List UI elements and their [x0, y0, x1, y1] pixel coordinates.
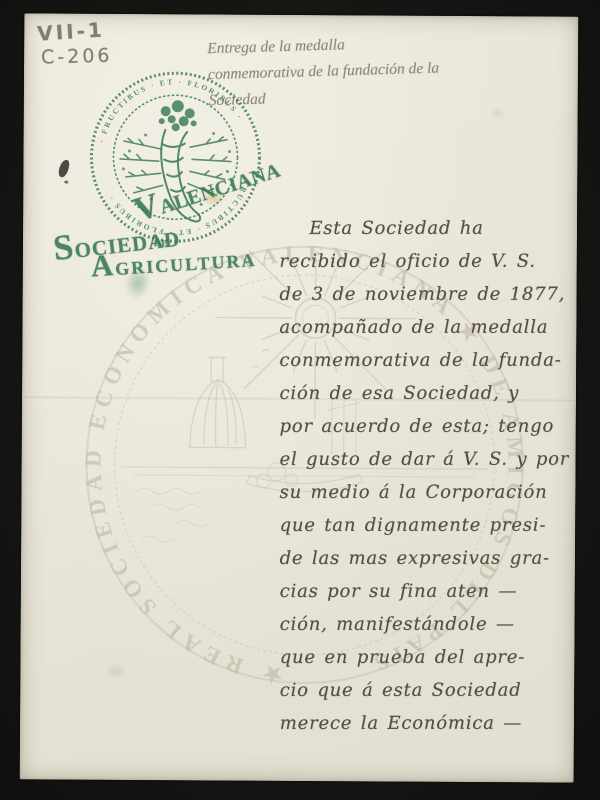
manuscript-text: Esta Sociedad ha recibido el oficio de V…	[279, 212, 575, 740]
manuscript-line: cio que á esta Sociedad	[280, 674, 576, 707]
manuscript-line: que en prueba del apre-	[280, 641, 576, 674]
stamp-ring-text-top: · FRUCTIBUS · ET · FLORIBUS ·	[97, 77, 245, 145]
archival-code-1: VII-1	[37, 17, 106, 45]
manuscript-line: su medio á la Corporación	[280, 476, 576, 509]
manuscript-line: merece la Económica —	[280, 707, 576, 740]
manuscript-line: de 3 de noviembre de 1877,	[279, 278, 575, 311]
manuscript-line: conmemorativa de la funda-	[279, 344, 575, 377]
manuscript-line: recibido el oficio de V. S.	[279, 245, 575, 278]
manuscript-line: el gusto de dar á V. S. y por	[279, 443, 575, 476]
scan-background: { "document": { "archival_codes": ["VII-…	[0, 0, 600, 800]
hut-icon	[190, 357, 247, 447]
paper-stain	[108, 666, 123, 676]
paper-stain	[492, 109, 503, 117]
letter-page: VII-1 C-206 Entrega de la medalla conmem…	[20, 13, 579, 782]
manuscript-line: de las mas expresivas gra-	[280, 542, 576, 575]
manuscript-line: que tan dignamente presi-	[280, 509, 576, 542]
manuscript-line: por acuerdo de esta; tengo	[279, 410, 575, 443]
manuscript-line: cias por su fina aten —	[280, 575, 576, 608]
manuscript-line: ción, manifestándole —	[280, 608, 576, 641]
manuscript-line: acompañado de la medalla	[279, 311, 575, 344]
manuscript-line: Esta Sociedad ha	[279, 212, 575, 245]
manuscript-line: ción de esa Sociedad, y	[279, 377, 575, 410]
